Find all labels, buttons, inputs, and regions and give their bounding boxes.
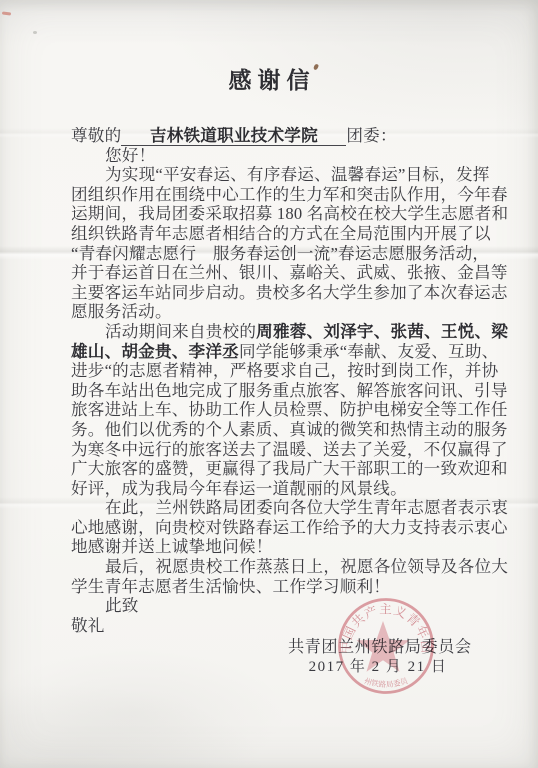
letter-text: 务。他们以优秀的个人素质、真诚的微笑和热情主动的服务 (71, 420, 508, 439)
letter-line: 最后，祝愿贵校工作蒸蒸日上，祝愿各位领导及各位大 (71, 557, 485, 577)
page-title: 感谢信 (0, 66, 538, 96)
red-ink-speck (2, 11, 11, 15)
letter-text: 旅客进站上车、协助工作人员检票、防护电梯安全等工作任 (71, 400, 508, 419)
letter-text: 地感谢并送上诚挚地问候！ (71, 537, 273, 556)
letter-text: 组织铁路青年志愿者相结合的方式在全局范围内开展了以 (71, 224, 491, 243)
letter-text: 在此，兰州铁路局团委向各位大学生青年志愿者表示衷 (105, 498, 508, 517)
letter-text: 心地感谢，向贵校对铁路春运工作给予的大力支持表示衷心 (71, 518, 508, 537)
letter-line: 好评，成为我局今年春运一道靓丽的风景线。 (71, 479, 485, 499)
letter-body: 尊敬的吉林铁道职业技术学院团委： 您好！为实现“平安春运、有序春运、温馨春运”目… (71, 126, 485, 635)
letter-line: 您好！ (71, 146, 485, 166)
letter-text: 进步“的志愿者精神，严格要求自己，按时到岗工作，并协 (71, 361, 498, 380)
letter-text: 主要客运车站同步启动。贵校多名大学生参加了本次春运志 (71, 283, 508, 302)
letter-text: 愿服务活动。 (71, 302, 172, 321)
letter-line: 学生青年志愿者生活愉快、工作学习顺利！ (71, 577, 485, 597)
salutation-suffix: 团委： (346, 126, 396, 145)
letter-line: 地感谢并送上诚挚地问候！ (71, 537, 485, 557)
letter-text: 团组织作用在围绕中心工作的生力军和突击队作用，今年春 (71, 185, 508, 204)
letter-text: 学生青年志愿者生活愉快、工作学习顺利！ (71, 577, 390, 596)
letter-line: 心地感谢，向贵校对铁路春运工作给予的大力支持表示衷心 (71, 518, 485, 538)
letter-line: 团组织作用在围绕中心工作的生力军和突击队作用，今年春 (71, 185, 485, 205)
recipient-name-underlined: 吉林铁道职业技术学院 (121, 127, 346, 146)
letter-text: 最后，祝愿贵校工作蒸蒸日上，祝愿各位领导及各位大 (105, 557, 508, 576)
letter-line: “青春闪耀志愿行 服务春运创一流”春运志愿服务活动， (71, 244, 485, 264)
volunteer-names: 周雅蓉、刘泽宇、张茜、王悦、梁 (256, 322, 508, 341)
signature-date: 2017 年 2 月 21 日 (288, 657, 468, 677)
letter-line: 广大旅客的盛赞，更赢得了我局广大干部职工的一致欢迎和 (71, 459, 485, 479)
letter-page: 感谢信 尊敬的吉林铁道职业技术学院团委： 您好！为实现“平安春运、有序春运、温馨… (0, 0, 538, 768)
letter-text: 并于春运首日在兰州、银川、嘉峪关、武威、张掖、金昌等 (71, 263, 508, 282)
letter-body-lines: 您好！为实现“平安春运、有序春运、温馨春运”目标，发挥团组织作用在围绕中心工作的… (71, 146, 485, 636)
signature-block: 共青团兰州铁路局委员会 2017 年 2 月 21 日 (288, 637, 468, 677)
letter-text: 广大旅客的盛赞，更赢得了我局广大干部职工的一致欢迎和 (71, 459, 508, 478)
letter-text: 好评，成为我局今年春运一道靓丽的风景线。 (71, 479, 407, 498)
letter-text: 您好！ (105, 146, 155, 165)
letter-line: 雄山、胡金贵、李洋丞同学能够秉承“奉献、友爱、互助、 (71, 342, 485, 362)
letter-line: 在此，兰州铁路局团委向各位大学生青年志愿者表示衷 (71, 498, 485, 518)
letter-line: 并于春运首日在兰州、银川、嘉峪关、武威、张掖、金昌等 (71, 263, 485, 283)
letter-line: 愿服务活动。 (71, 302, 485, 322)
letter-line: 为实现“平安春运、有序春运、温馨春运”目标，发挥 (71, 165, 485, 185)
paper-speck (33, 31, 37, 34)
letter-text: 运期间，我局团委采取招募 180 名高校在校大学生志愿者和 (71, 204, 508, 223)
letter-line: 旅客进站上车、协助工作人员检票、防护电梯安全等工作任 (71, 400, 485, 420)
letter-line: 助各车站出色地完成了服务重点旅客、解答旅客问讯、引导 (71, 381, 485, 401)
volunteer-names: 雄山、胡金贵、李洋丞 (71, 342, 239, 361)
letter-line: 主要客运车站同步启动。贵校多名大学生参加了本次春运志 (71, 283, 485, 303)
letter-line: 活动期间来自贵校的周雅蓉、刘泽宇、张茜、王悦、梁 (71, 322, 485, 342)
letter-text: 为寒冬中远行的旅客送去了温暖、送去了关爱，不仅赢得了 (71, 440, 508, 459)
letter-line: 务。他们以优秀的个人素质、真诚的微笑和热情主动的服务 (71, 420, 485, 440)
letter-text: 此致 (105, 596, 139, 615)
letter-line: 此致 (71, 596, 485, 616)
signature-org: 共青团兰州铁路局委员会 (288, 637, 468, 657)
letter-line: 组织铁路青年志愿者相结合的方式在全局范围内开展了以 (71, 224, 485, 244)
letter-text: “青春闪耀志愿行 服务春运创一流”春运志愿服务活动， (71, 244, 489, 263)
salutation-line: 尊敬的吉林铁道职业技术学院团委： (71, 126, 485, 146)
letter-text: 活动期间来自贵校的 (105, 322, 256, 341)
letter-text: 同学能够秉承“奉献、友爱、互助、 (239, 342, 498, 361)
letter-text: 敬礼 (71, 616, 105, 635)
letter-line: 进步“的志愿者精神，严格要求自己，按时到岗工作，并协 (71, 361, 485, 381)
salutation-prefix: 尊敬的 (71, 126, 121, 145)
letter-text: 为实现“平安春运、有序春运、温馨春运”目标，发挥 (105, 165, 490, 184)
letter-line: 运期间，我局团委采取招募 180 名高校在校大学生志愿者和 (71, 204, 485, 224)
letter-line: 为寒冬中远行的旅客送去了温暖、送去了关爱，不仅赢得了 (71, 440, 485, 460)
letter-line: 敬礼 (71, 616, 485, 636)
letter-text: 助各车站出色地完成了服务重点旅客、解答旅客问讯、引导 (71, 381, 508, 400)
